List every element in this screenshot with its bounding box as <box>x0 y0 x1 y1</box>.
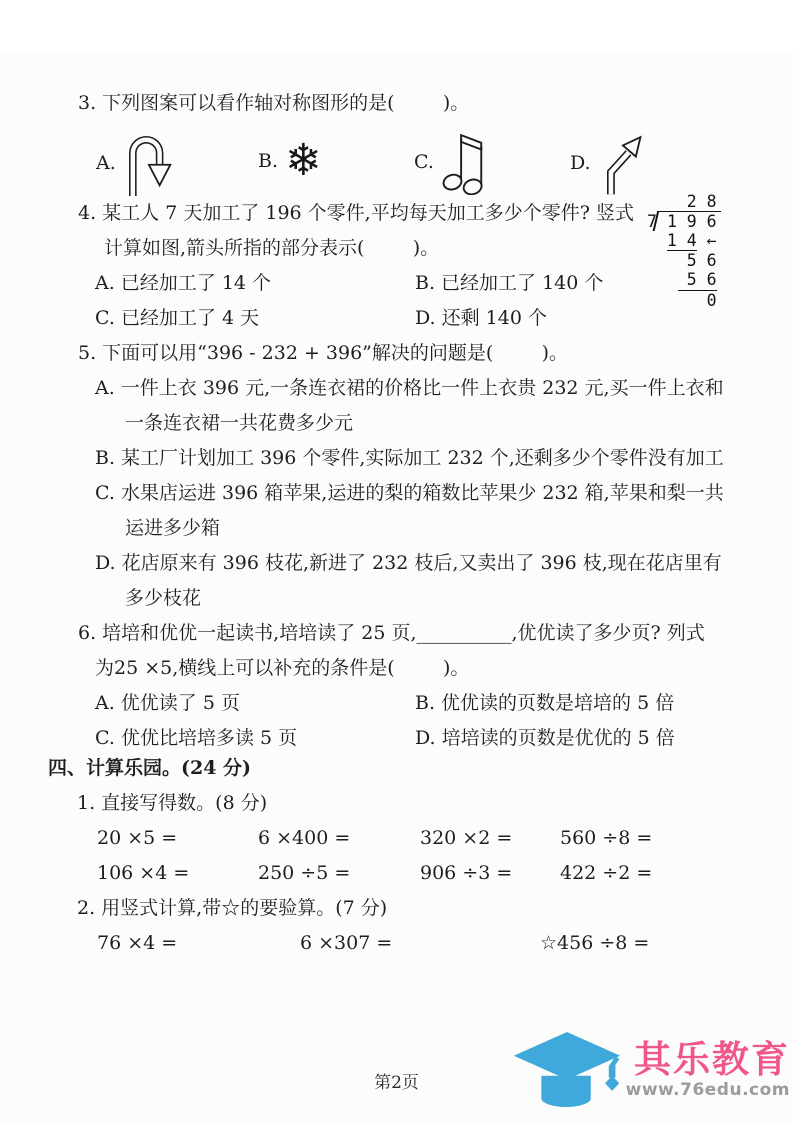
q3-option-d: D. <box>570 129 646 197</box>
q3-option-c: C. <box>414 129 487 195</box>
question-5: 5. 下面可以用“396 - 232 + 396”解决的问题是( )。 A. 一… <box>78 336 778 616</box>
q4-options-row1: A. 已经加工了 14 个 B. 已经加工了 140 个 <box>78 266 658 301</box>
music-note-icon <box>441 129 487 195</box>
division-dividend: 1 9 6 <box>657 211 721 231</box>
division-quotient: 2 8 <box>687 192 721 212</box>
calc-item: 6 ×307 = <box>300 926 540 961</box>
q6-option-b: B. 优优读的页数是培培的 5 倍 <box>415 686 778 721</box>
calc-row-3: 76 ×4 = 6 ×307 = ☆456 ÷8 = <box>48 926 768 961</box>
calc-item: 250 ÷5 = <box>258 856 420 891</box>
section-four: 四、计算乐园。(24 分) 1. 直接写得数。(8 分) 20 ×5 = 6 ×… <box>48 751 768 961</box>
brand-logo: 其乐教育 www.76edu.com <box>510 1026 790 1114</box>
section-four-sub2: 2. 用竖式计算,带☆的要验算。(7 分) <box>48 891 768 926</box>
q4-options-row2: C. 已经加工了 4 天 D. 还剩 140 个 <box>78 301 658 336</box>
brand-name: 其乐教育 <box>634 1040 790 1080</box>
q6-options-row1: A. 优优读了 5 页 B. 优优读的页数是培培的 5 倍 <box>78 686 778 721</box>
calc-item: 560 ÷8 = <box>560 821 768 856</box>
section-four-title: 四、计算乐园。(24 分) <box>48 751 768 786</box>
calc-item: 76 ×4 = <box>97 926 300 961</box>
q5-option-c-line1: C. 水果店运进 396 箱苹果,运进的梨的箱数比苹果少 232 箱,苹果和梨一… <box>78 476 778 511</box>
q5-option-c-line2: 运进多少箱 <box>78 511 778 546</box>
q4-stem-line1: 4. 某工人 7 天加工了 196 个零件,平均每天加工多少个零件? 竖式 <box>78 196 658 231</box>
q3-option-b: B. ❄ <box>258 139 322 183</box>
division-step1-row: 1 4 ← <box>667 231 717 251</box>
q4-option-a: A. 已经加工了 14 个 <box>95 266 415 301</box>
q5-stem: 5. 下面可以用“396 - 232 + 396”解决的问题是( )。 <box>78 336 778 371</box>
question-6: 6. 培培和优优一起读书,培培读了 25 页,__________,优优读了多少… <box>78 616 778 756</box>
question-3: 3. 下列图案可以看作轴对称图形的是( )。 A. B. ❄ C. <box>78 86 768 207</box>
worksheet-page: 3. 下列图案可以看作轴对称图形的是( )。 A. B. ❄ C. <box>0 0 793 1122</box>
q3-option-c-label: C. <box>414 151 434 173</box>
long-division-figure: 2 8 71 9 6 1 4 ← 5 6 5 6 0 <box>647 192 721 310</box>
q3-stem: 3. 下列图案可以看作轴对称图形的是( )。 <box>78 86 768 121</box>
division-remainder: 0 <box>707 291 717 311</box>
calc-item: 20 ×5 = <box>97 821 258 856</box>
graduation-cap-icon <box>510 1026 624 1114</box>
division-step1: 1 4 <box>667 231 697 251</box>
q4-stem-line2: 计算如图,箭头所指的部分表示( )。 <box>78 231 658 266</box>
calc-item: 320 ×2 = <box>420 821 560 856</box>
q4-option-d: D. 还剩 140 个 <box>415 301 658 336</box>
brand-url: www.76edu.com <box>626 1080 790 1100</box>
q5-option-d-line2: 多少枝花 <box>78 581 778 616</box>
calc-item: 906 ÷3 = <box>420 856 560 891</box>
division-arrow-icon: ← <box>697 231 717 250</box>
q4-option-c: C. 已经加工了 4 天 <box>95 301 415 336</box>
q3-option-a-label: A. <box>96 152 116 174</box>
q6-option-a: A. 优优读了 5 页 <box>95 686 415 721</box>
question-4: 4. 某工人 7 天加工了 196 个零件,平均每天加工多少个零件? 竖式 计算… <box>78 196 658 336</box>
calc-item: 422 ÷2 = <box>560 856 768 891</box>
calc-item: 106 ×4 = <box>97 856 258 891</box>
q6-stem-line1: 6. 培培和优优一起读书,培培读了 25 页,__________,优优读了多少… <box>78 616 778 651</box>
calc-item: 6 ×400 = <box>258 821 420 856</box>
brand-text: 其乐教育 www.76edu.com <box>626 1040 790 1100</box>
calc-row-2: 106 ×4 = 250 ÷5 = 906 ÷3 = 422 ÷2 = <box>48 856 768 891</box>
q5-option-a-line2: 一条连衣裙一共花费多少元 <box>78 406 778 441</box>
q5-option-a-line1: A. 一件上衣 396 元,一条连衣裙的价格比一件上衣贵 232 元,买一件上衣… <box>78 371 778 406</box>
calc-item: ☆456 ÷8 = <box>540 926 768 961</box>
q5-option-d-line1: D. 花店原来有 396 枝花,新进了 232 枝后,又卖出了 396 枝,现在… <box>78 546 778 581</box>
division-step3: 5 6 <box>678 270 717 291</box>
q5-option-b: B. 某工厂计划加工 396 个零件,实际加工 232 个,还剩多少个零件没有加… <box>78 441 778 476</box>
q3-option-b-label: B. <box>258 150 278 172</box>
q3-option-d-label: D. <box>570 152 591 174</box>
q3-option-a: A. <box>96 127 173 199</box>
division-step2: 5 6 <box>687 251 717 271</box>
section-four-sub1: 1. 直接写得数。(8 分) <box>48 786 768 821</box>
q6-stem-line2: 为25 ×5,横线上可以补充的条件是( )。 <box>78 651 778 686</box>
u-turn-arrow-icon <box>123 127 173 199</box>
snowflake-icon: ❄ <box>285 139 322 183</box>
division-dividend-row: 71 9 6 <box>647 212 721 232</box>
q4-option-b: B. 已经加工了 140 个 <box>415 266 658 301</box>
calc-row-1: 20 ×5 = 6 ×400 = 320 ×2 = 560 ÷8 = <box>48 821 768 856</box>
bent-arrow-icon <box>598 129 646 197</box>
